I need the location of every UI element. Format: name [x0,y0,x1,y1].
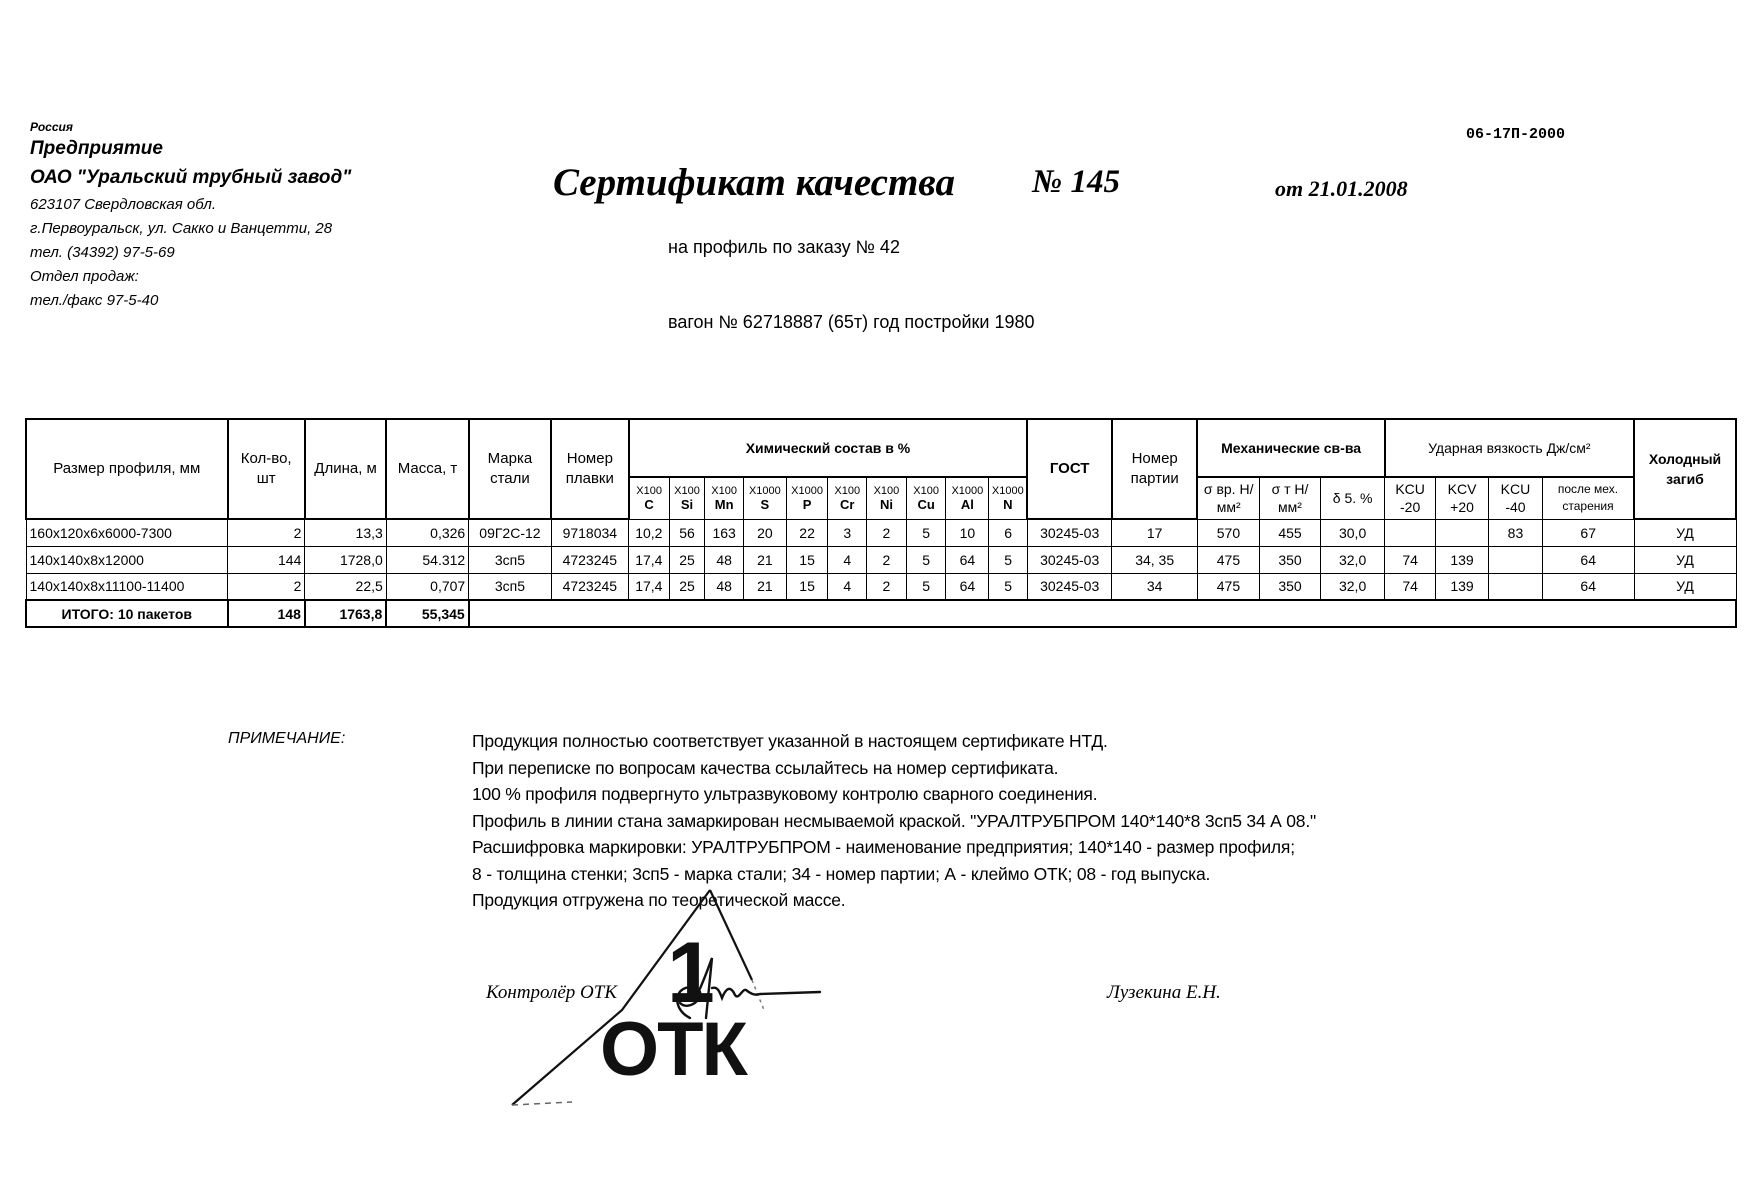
impact-col-header: после мех. старения [1542,477,1634,519]
chem-col-header: X100Mn [705,477,744,519]
col-group-mechanical: Механические св-ва [1197,419,1384,477]
cell-gost: 30245-03 [1027,573,1111,600]
chem-element: Si [670,498,705,512]
chem-multiplier: X100 [913,485,939,497]
cell-chem: 64 [946,573,989,600]
col-header-mass: Масса, т [386,419,468,519]
chem-element: Al [946,498,988,512]
chem-col-header: X1000N [989,477,1028,519]
wagon-line: вагон № 62718887 (65т) год постройки 198… [668,312,1035,333]
total-row-empty [469,600,1736,627]
chem-col-header: X100Cu [906,477,946,519]
total-row: ИТОГО: 10 пакетов1481763,855,345 [26,600,1736,627]
chem-element: C [630,498,669,512]
chem-col-header: X100Ni [867,477,907,519]
cell-steel: 3сп5 [469,546,551,573]
mech-col-header: σ вр. Н/мм² [1197,477,1259,519]
cell-mech: 32,0 [1321,546,1385,573]
note-line: Профиль в линии стана замаркирован несмы… [472,808,1316,835]
chem-col-header: X1000Al [946,477,989,519]
certificate-number: № 145 [1032,164,1120,201]
certificate-table: Размер профиля, мм Кол-во, шт Длина, м М… [25,418,1737,628]
chem-element: N [989,498,1026,512]
col-group-chemistry: Химический состав в % [629,419,1028,477]
cell-batch: 34, 35 [1112,546,1197,573]
chem-element: P [787,498,828,512]
impact-col-header: KCU -40 [1488,477,1542,519]
cell-chem: 17,4 [629,573,670,600]
chem-multiplier: X1000 [749,485,781,497]
cell-batch: 17 [1112,519,1197,546]
cell-impact: 64 [1542,546,1634,573]
cell-chem: 20 [743,519,786,546]
cell-cold-bend: УД [1634,546,1736,573]
chem-col-header: X100Si [669,477,705,519]
company-fax: тел./факс 97-5-40 [30,289,450,313]
cell-chem: 64 [946,546,989,573]
cell-mass: 0,707 [386,573,468,600]
cell-size: 140x140x8x11100-11400 [26,573,228,600]
cell-chem: 5 [906,519,946,546]
total-length: 1763,8 [305,600,386,627]
col-header-heat: Номер плавки [551,419,628,519]
note-line: Продукция полностью соответствует указан… [472,728,1316,755]
cell-chem: 6 [989,519,1028,546]
cell-impact: 74 [1385,546,1436,573]
chem-col-header: X1000P [786,477,828,519]
table-row: 140x140x8x120001441728,054.3123сп5472324… [26,546,1736,573]
cell-chem: 4 [828,546,867,573]
cell-chem: 56 [669,519,705,546]
cell-chem: 15 [786,546,828,573]
chem-multiplier: X1000 [992,485,1024,497]
cell-cold-bend: УД [1634,573,1736,600]
cell-steel: 09Г2С-12 [469,519,551,546]
impact-col-header: KCU -20 [1385,477,1436,519]
col-header-qty: Кол-во, шт [228,419,305,519]
chem-multiplier: X100 [674,485,700,497]
cell-impact: 64 [1542,573,1634,600]
chem-element: Ni [867,498,906,512]
chem-multiplier: X1000 [951,485,983,497]
cell-impact: 139 [1436,546,1489,573]
cell-chem: 5 [906,546,946,573]
cell-chem: 10,2 [629,519,670,546]
total-qty: 148 [228,600,305,627]
chem-multiplier: X100 [834,485,860,497]
cell-impact [1385,519,1436,546]
cell-mech: 475 [1197,546,1259,573]
cell-size: 160x120x6x6000-7300 [26,519,228,546]
chem-multiplier: X100 [874,485,900,497]
cell-cold-bend: УД [1634,519,1736,546]
chem-element: S [744,498,786,512]
cell-impact: 74 [1385,573,1436,600]
signature-icon [650,948,880,1028]
table-row: 160x120x6x6000-7300213,30,32609Г2С-12971… [26,519,1736,546]
cell-mech: 455 [1259,519,1320,546]
cell-chem: 22 [786,519,828,546]
chem-multiplier: X1000 [791,485,823,497]
enterprise-label: Предприятие [30,135,450,163]
cell-batch: 34 [1112,573,1197,600]
order-line: на профиль по заказу № 42 [668,237,900,258]
table-row: 140x140x8x11100-11400222,50,7073сп547232… [26,573,1736,600]
cell-gost: 30245-03 [1027,519,1111,546]
cell-chem: 3 [828,519,867,546]
cell-chem: 21 [743,573,786,600]
chem-multiplier: X100 [636,485,662,497]
cell-impact [1436,519,1489,546]
cell-chem: 5 [989,546,1028,573]
company-country: Россия [30,120,450,135]
chem-element: Cr [828,498,866,512]
cell-chem: 2 [867,573,907,600]
col-header-cold-bend: Холодный загиб [1634,419,1736,519]
controller-label: Контролёр ОТК [486,982,617,1004]
mech-col-header: σ т Н/мм² [1259,477,1320,519]
chem-element: Mn [705,498,743,512]
certificate-title: Сертификат качества [553,160,955,205]
company-address-2: г.Первоуральск, ул. Сакко и Ванцетти, 28 [30,217,450,241]
cell-mech: 30,0 [1321,519,1385,546]
cell-length: 22,5 [305,573,386,600]
cell-chem: 163 [705,519,744,546]
cell-impact: 83 [1488,519,1542,546]
cell-size: 140x140x8x12000 [26,546,228,573]
cell-chem: 25 [669,573,705,600]
cell-chem: 2 [867,519,907,546]
cell-mass: 54.312 [386,546,468,573]
cell-steel: 3сп5 [469,573,551,600]
col-group-impact: Ударная вязкость Дж/см² [1385,419,1634,477]
cell-qty: 2 [228,519,305,546]
cell-chem: 17,4 [629,546,670,573]
col-header-size: Размер профиля, мм [26,419,228,519]
cell-length: 13,3 [305,519,386,546]
col-header-steel: Марка стали [469,419,551,519]
cell-gost: 30245-03 [1027,546,1111,573]
notes-label: ПРИМЕЧАНИЕ: [228,730,345,748]
company-name: ОАО "Уральский трубный завод" [30,163,450,193]
chem-element: Cu [907,498,946,512]
col-header-batch: Номер партии [1112,419,1197,519]
cell-chem: 4 [828,573,867,600]
cell-chem: 21 [743,546,786,573]
cell-chem: 5 [906,573,946,600]
cell-chem: 15 [786,573,828,600]
cell-mech: 350 [1259,546,1320,573]
cell-qty: 144 [228,546,305,573]
col-header-gost: ГОСТ [1027,419,1111,519]
company-address-1: 623107 Свердловская обл. [30,193,450,217]
cell-chem: 48 [705,546,744,573]
cell-length: 1728,0 [305,546,386,573]
cell-heat: 9718034 [551,519,628,546]
total-label: ИТОГО: 10 пакетов [26,600,228,627]
cell-mech: 32,0 [1321,573,1385,600]
cell-mech: 570 [1197,519,1259,546]
cell-impact [1488,546,1542,573]
cell-impact: 67 [1542,519,1634,546]
cell-impact: 139 [1436,573,1489,600]
chem-col-header: X1000S [743,477,786,519]
note-line: 100 % профиля подвергнуто ультразвуковом… [472,781,1316,808]
cell-qty: 2 [228,573,305,600]
impact-col-header: KCV +20 [1436,477,1489,519]
mech-col-header: δ 5. % [1321,477,1385,519]
cell-mech: 475 [1197,573,1259,600]
cell-chem: 25 [669,546,705,573]
chem-multiplier: X100 [711,485,737,497]
note-line: Расшифровка маркировки: УРАЛТРУБПРОМ - н… [472,834,1316,861]
sales-dept-label: Отдел продаж: [30,265,450,289]
cell-mech: 350 [1259,573,1320,600]
form-code: 06-17П-2000 [1466,126,1565,143]
company-phone: тел. (34392) 97-5-69 [30,241,450,265]
note-line: При переписке по вопросам качества ссыла… [472,755,1316,782]
chem-col-header: X100C [629,477,670,519]
company-block: Россия Предприятие ОАО "Уральский трубны… [30,120,450,313]
cell-heat: 4723245 [551,546,628,573]
cell-impact [1488,573,1542,600]
cell-chem: 10 [946,519,989,546]
certificate-date: от 21.01.2008 [1275,176,1408,202]
cell-chem: 5 [989,573,1028,600]
chem-col-header: X100Cr [828,477,867,519]
cell-chem: 48 [705,573,744,600]
cell-mass: 0,326 [386,519,468,546]
col-header-length: Длина, м [305,419,386,519]
total-mass: 55,345 [386,600,468,627]
cell-chem: 2 [867,546,907,573]
signer-name: Лузекина Е.Н. [1107,982,1221,1004]
cell-heat: 4723245 [551,573,628,600]
